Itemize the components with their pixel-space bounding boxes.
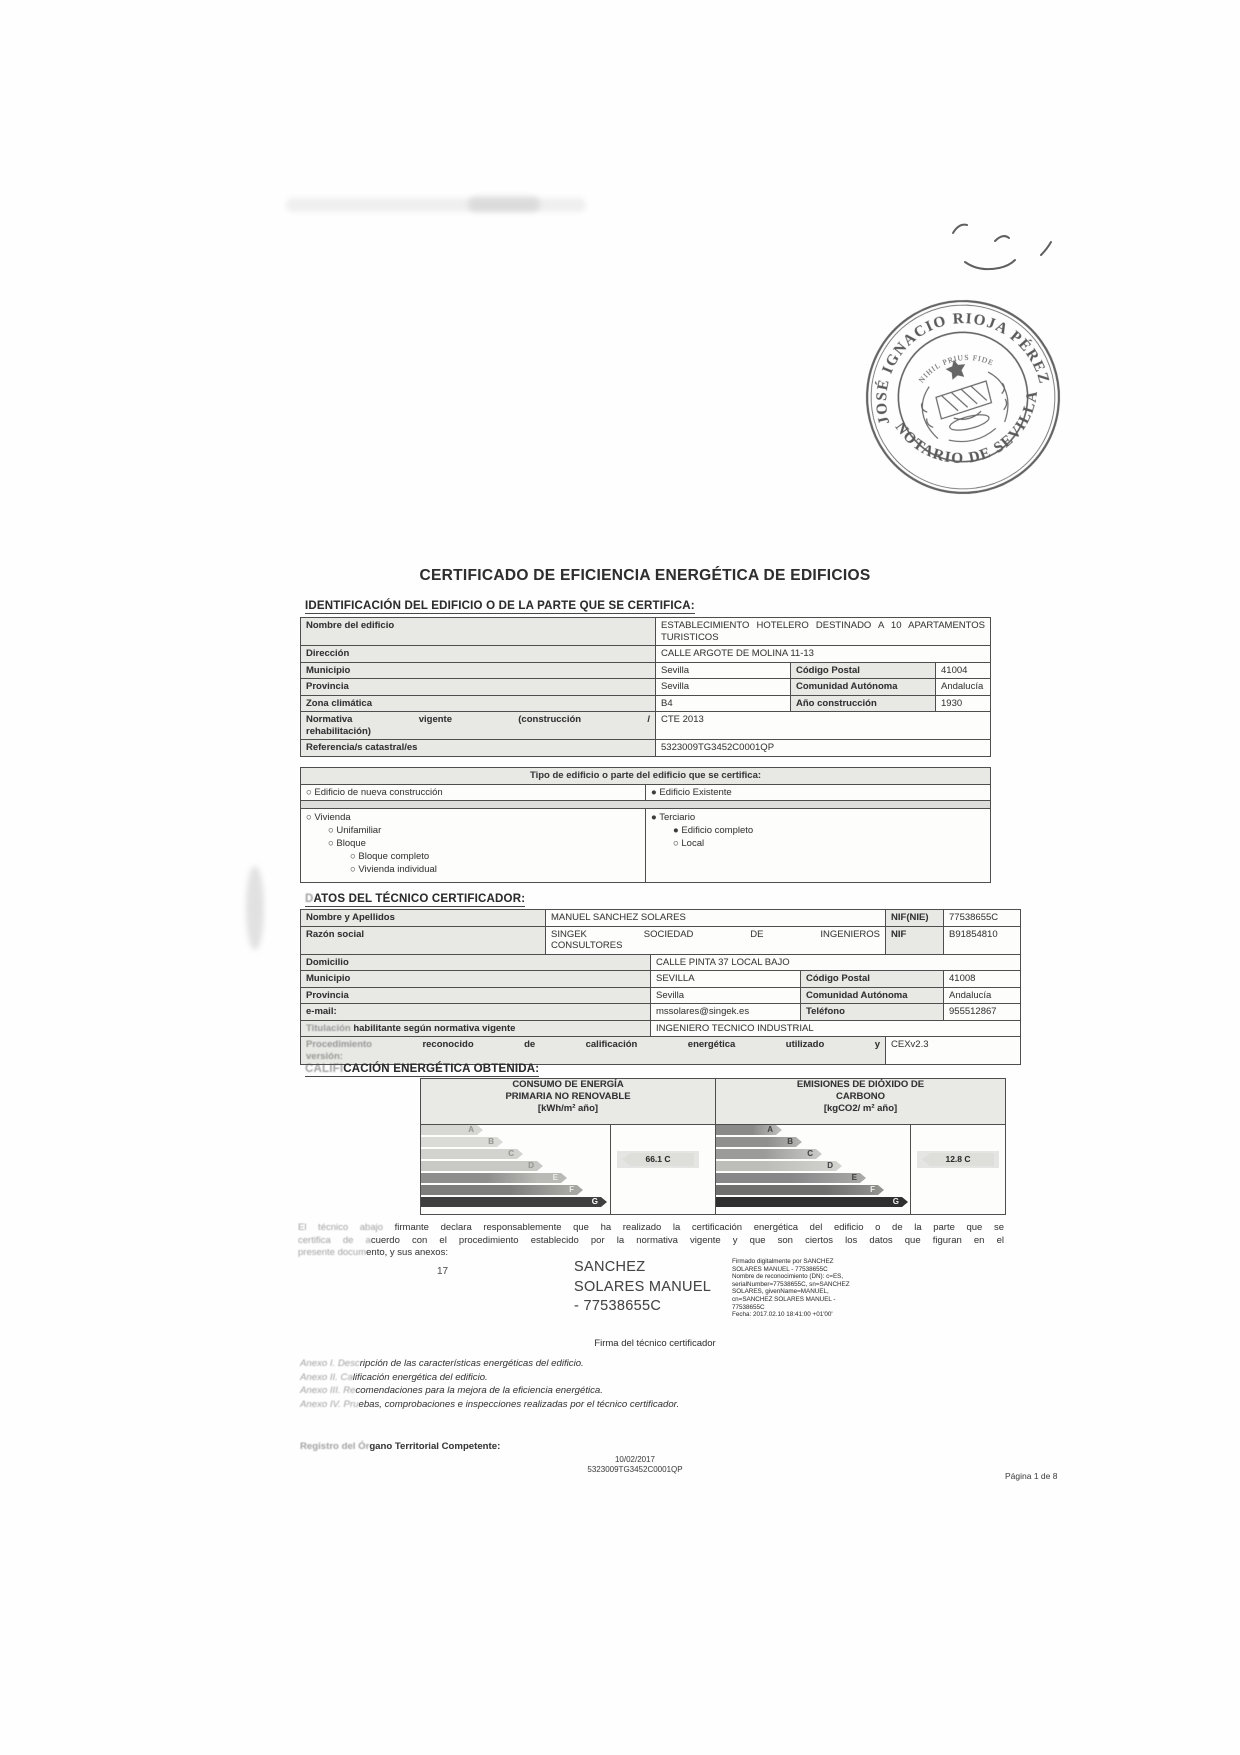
consumo-rating-marker: 66.1 C [622, 1153, 694, 1166]
registro-text: gano Territorial Competente: [369, 1441, 500, 1452]
consumo-title-line: PRIMARIA NO RENOVABLE [421, 1091, 715, 1103]
declaration-line: presente documento, y sus anexos: [298, 1247, 448, 1258]
page-number: Página 1 de 8 [1005, 1471, 1057, 1481]
option-terciario: ● Terciario [651, 811, 985, 824]
municipio-value: Sevilla [656, 662, 791, 679]
rating-bar-g: G [421, 1197, 607, 1207]
nif-nie-label: NIF(NIE) [886, 910, 944, 927]
rating-bar-f: F [716, 1185, 884, 1195]
notary-crest-icon [912, 349, 1015, 450]
option-bloque-completo: ○ Bloque completo [306, 850, 640, 863]
ano-construccion-label: Año construcción [791, 695, 936, 712]
option-bloque: ○ Bloque [306, 837, 640, 850]
signature-detail-line: Fecha: 2017.02.10 18:41:00 +01'00' [732, 1311, 872, 1319]
nif-nie-value: 77538655C [944, 910, 1021, 927]
option-unifamiliar: ○ Unifamiliar [306, 824, 640, 837]
rating-letter: G [893, 1197, 899, 1207]
label-line: Normativa vigente (construcción / [306, 714, 650, 726]
signature-detail-line: SOLARES, givenName=MANUEL, [732, 1288, 872, 1296]
heading-text: CACIÓN ENERGÉTICA OBTENIDA: [343, 1063, 539, 1075]
pen-marks [935, 215, 1065, 275]
municipio-label: Municipio [301, 971, 651, 988]
rating-letter: E [852, 1173, 857, 1183]
rating-letter: C [807, 1149, 813, 1159]
consumo-title-line: CONSUMO DE ENERGÍA [421, 1079, 715, 1091]
option-vivienda: ○ Vivienda [306, 811, 640, 824]
annex-item: Anexo I. Descripción de las característi… [300, 1357, 1000, 1371]
direccion-value: CALLE ARGOTE DE MOLINA 11-13 [656, 646, 991, 663]
emisiones-rating-marker: 12.8 C [922, 1153, 994, 1166]
emisiones-rating-scale: A B C D E F G [716, 1125, 911, 1215]
nombre-edificio-label: Nombre del edificio [301, 618, 656, 646]
terciario-options: ● Terciario ● Edificio completo ○ Local [646, 809, 991, 883]
digital-signature-name: SANCHEZ SOLARES MANUEL - 77538655C [574, 1258, 730, 1317]
email-label: e-mail: [301, 1004, 651, 1021]
faded-text: El técnico abajo [298, 1222, 395, 1233]
value-line: TURISTICOS [661, 632, 719, 643]
municipio-value: SEVILLA [651, 971, 801, 988]
provincia-label: Provincia [301, 987, 651, 1004]
signature-detail-line: cn=SANCHEZ SOLARES MANUEL - [732, 1296, 872, 1304]
signature-line: SANCHEZ [574, 1258, 730, 1278]
titulacion-label: Titulación habilitante según normativa v… [301, 1020, 651, 1037]
option-edificio-completo: ● Edificio completo [651, 824, 985, 837]
codigo-postal-label: Código Postal [801, 971, 944, 988]
direccion-label: Dirección [301, 646, 656, 663]
nif-label: NIF [886, 926, 944, 954]
faded-text: Procedimiento [306, 1039, 372, 1050]
annex-text: comendaciones para la mejora de la efici… [355, 1385, 602, 1396]
building-type-table: Tipo de edificio o parte del edificio qu… [300, 767, 991, 883]
annex-list: Anexo I. Descripción de las característi… [300, 1357, 1000, 1411]
nif-value: B91854810 [944, 926, 1021, 954]
ano-construccion-value: 1930 [936, 695, 991, 712]
rating-letter: E [553, 1173, 558, 1183]
consumo-marker-wrap: 66.1 C [617, 1151, 699, 1168]
rating-bar-b: B [716, 1137, 802, 1147]
domicilio-label: Domicilio [301, 954, 651, 971]
label-line: Procedimiento reconocido de calificación… [306, 1039, 880, 1051]
razon-social-value: SINGEK SOCIEDAD DE INGENIEROSCONSULTORES [546, 926, 886, 954]
declaration-paragraph: El técnico abajo firmante declara respon… [298, 1222, 1004, 1260]
rating-bar-f: F [421, 1185, 583, 1195]
registro-line: Registro del Órgano Territorial Competen… [300, 1441, 500, 1452]
faded-text: presente docum [298, 1247, 366, 1258]
annex-item: Anexo IV. Pruebas, comprobaciones e insp… [300, 1398, 1000, 1412]
value-line: SINGEK SOCIEDAD DE INGENIEROS [551, 929, 880, 941]
rating-bar-a: A [421, 1125, 483, 1135]
faded-text: CALIFI [305, 1063, 343, 1075]
emisiones-title-line: CARBONO [716, 1091, 1005, 1103]
comunidad-autonoma-label: Comunidad Autónoma [791, 679, 936, 696]
option-edificio-existente: ● Edificio Existente [646, 784, 991, 801]
declaration-text: firmante declara responsablemente que ha… [395, 1222, 1004, 1233]
heading-text: ATOS DEL TÉCNICO CERTIFICADOR: [314, 893, 526, 905]
handwritten-mark: 17 [437, 1266, 448, 1277]
scan-smudge [286, 198, 586, 212]
consumo-units: [kWh/m² año] [421, 1103, 715, 1115]
municipio-label: Municipio [301, 662, 656, 679]
annex-text: ebas, comprobaciones e inspecciones real… [358, 1399, 679, 1410]
footer-date: 10/02/2017 [420, 1455, 850, 1465]
rating-bar-d: D [421, 1161, 543, 1171]
rating-heading: CALIFICACIÓN ENERGÉTICA OBTENIDA: [305, 1063, 539, 1077]
label-line: rehabilitación) [306, 726, 371, 737]
rating-bar-e: E [421, 1173, 567, 1183]
rating-bar-d: D [716, 1161, 842, 1171]
rating-letter: C [508, 1149, 514, 1159]
normativa-value: CTE 2013 [656, 712, 991, 740]
building-type-header: Tipo de edificio o parte del edificio qu… [301, 768, 991, 785]
comunidad-autonoma-value: Andalucía [936, 679, 991, 696]
label-text: reconocido de calificación energética ut… [372, 1039, 880, 1050]
consumo-header: CONSUMO DE ENERGÍA PRIMARIA NO RENOVABLE… [421, 1079, 716, 1125]
value-line: ESTABLECIMIENTO HOTELERO DESTINADO A 10 … [661, 620, 985, 632]
rating-letter: D [827, 1161, 833, 1171]
vivienda-options: ○ Vivienda ○ Unifamiliar ○ Bloque ○ Bloq… [301, 809, 646, 883]
faded-text: certifica de a [298, 1235, 371, 1246]
faded-text: Anexo IV. Pru [300, 1399, 358, 1410]
titulacion-value: INGENIERO TECNICO INDUSTRIAL [651, 1020, 1021, 1037]
annex-text: ripción de las características energétic… [360, 1358, 584, 1369]
declaration-line: certifica de acuerdo con el procedimient… [298, 1235, 1004, 1248]
consumo-rating-scale: A B C D E F G [421, 1125, 611, 1215]
rating-letter: F [870, 1185, 875, 1195]
consumo-marker-cell: 66.1 C [611, 1125, 716, 1215]
faded-text: Registro del Ór [300, 1441, 369, 1452]
annex-item: Anexo III. Recomendaciones para la mejor… [300, 1384, 1000, 1398]
scan-smudge [246, 866, 264, 950]
rating-letter: A [767, 1125, 773, 1135]
notary-seal: JOSÉ IGNACIO RIOJA PÉREZ · NOTARIO DE SE… [841, 275, 1086, 520]
technician-table: Nombre y Apellidos MANUEL SANCHEZ SOLARE… [300, 909, 1021, 1065]
signature-caption: Firma del técnico certificador [520, 1338, 790, 1349]
rating-bar-e: E [716, 1173, 866, 1183]
value-line: CONSULTORES [551, 940, 622, 951]
email-value: mssolares@singek.es [651, 1004, 801, 1021]
emisiones-title-line: EMISIONES DE DIÓXIDO DE [716, 1079, 1005, 1091]
rating-bar-b: B [421, 1137, 503, 1147]
rating-bar-a: A [716, 1125, 782, 1135]
zona-climatica-value: B4 [656, 695, 791, 712]
separator-row [301, 801, 991, 809]
rating-bar-c: C [716, 1149, 822, 1159]
digital-signature-details: Firmado digitalmente por SANCHEZ SOLARES… [732, 1258, 872, 1319]
footer-reference: 10/02/2017 5323009TG3452C0001QP [420, 1455, 850, 1475]
rating-letter: G [592, 1197, 598, 1207]
nombre-apellidos-label: Nombre y Apellidos [301, 910, 546, 927]
rating-letter: F [569, 1185, 574, 1195]
rating-letter: B [787, 1137, 793, 1147]
identification-table: Nombre del edificio ESTABLECIMIENTO HOTE… [300, 617, 991, 757]
emisiones-units: [kgCO2/ m² año] [716, 1103, 1005, 1115]
nombre-apellidos-value: MANUEL SANCHEZ SOLARES [546, 910, 886, 927]
annex-text: lificación energética del edificio. [353, 1372, 488, 1383]
referencia-catastral-value: 5323009TG3452C0001QP [656, 740, 991, 757]
rating-bar-c: C [421, 1149, 523, 1159]
option-local: ○ Local [651, 837, 985, 850]
domicilio-value: CALLE PINTA 37 LOCAL BAJO [651, 954, 1021, 971]
comunidad-autonoma-value: Andalucía [944, 987, 1021, 1004]
declaration-text: ento, y sus anexos: [366, 1247, 448, 1258]
codigo-postal-value: 41008 [944, 971, 1021, 988]
procedimiento-value: CEXv2.3 [886, 1037, 1021, 1065]
rating-letter: B [488, 1137, 494, 1147]
codigo-postal-label: Código Postal [791, 662, 936, 679]
razon-social-label: Razón social [301, 926, 546, 954]
rating-bar-g: G [716, 1197, 908, 1207]
faded-text: versión: [306, 1051, 343, 1062]
provincia-value: Sevilla [651, 987, 801, 1004]
zona-climatica-label: Zona climática [301, 695, 656, 712]
emisiones-marker-wrap: 12.8 C [917, 1151, 999, 1168]
signature-detail-line: Nombre de reconocimiento (DN): c=ES, [732, 1273, 872, 1281]
label-text: habilitante según normativa vigente [353, 1023, 515, 1034]
provincia-value: Sevilla [656, 679, 791, 696]
footer-catastral-ref: 5323009TG3452C0001QP [420, 1465, 850, 1475]
telefono-label: Teléfono [801, 1004, 944, 1021]
rating-letter: D [528, 1161, 534, 1171]
annex-item: Anexo II. Calificación energética del ed… [300, 1371, 1000, 1385]
faded-text: D [305, 893, 314, 905]
rating-charts-table: CONSUMO DE ENERGÍA PRIMARIA NO RENOVABLE… [420, 1078, 1006, 1215]
signature-line: SOLARES MANUEL [574, 1278, 730, 1298]
codigo-postal-value: 41004 [936, 662, 991, 679]
provincia-label: Provincia [301, 679, 656, 696]
scanned-certificate-page: JOSÉ IGNACIO RIOJA PÉREZ · NOTARIO DE SE… [0, 0, 1240, 1755]
technician-heading: DATOS DEL TÉCNICO CERTIFICADOR: [305, 893, 525, 907]
rating-letter: A [468, 1125, 474, 1135]
option-vivienda-individual: ○ Vivienda individual [306, 863, 640, 876]
emisiones-header: EMISIONES DE DIÓXIDO DE CARBONO [kgCO2/ … [716, 1079, 1006, 1125]
telefono-value: 955512867 [944, 1004, 1021, 1021]
scan-smudge [468, 196, 540, 212]
normativa-label: Normativa vigente (construcción /rehabil… [301, 712, 656, 740]
comunidad-autonoma-label: Comunidad Autónoma [801, 987, 944, 1004]
emisiones-marker-cell: 12.8 C [911, 1125, 1006, 1215]
faded-text: Anexo III. Re [300, 1385, 355, 1396]
referencia-catastral-label: Referencia/s catastral/es [301, 740, 656, 757]
signature-line: - 77538655C [574, 1297, 730, 1317]
document-title: CERTIFICADO DE EFICIENCIA ENERGÉTICA DE … [300, 567, 990, 585]
procedimiento-label: Procedimiento reconocido de calificación… [301, 1037, 886, 1065]
declaration-line: El técnico abajo firmante declara respon… [298, 1222, 1004, 1235]
identification-heading: IDENTIFICACIÓN DEL EDIFICIO O DE LA PART… [305, 600, 695, 614]
faded-text: Anexo I. Desc [300, 1358, 360, 1369]
faded-text: Anexo II. Ca [300, 1372, 353, 1383]
declaration-text: cuerdo con el procedimiento establecido … [371, 1235, 1004, 1246]
option-nueva-construccion: ○ Edificio de nueva construcción [301, 784, 646, 801]
faded-text: Titulación [306, 1023, 353, 1034]
nombre-edificio-value: ESTABLECIMIENTO HOTELERO DESTINADO A 10 … [656, 618, 991, 646]
signature-detail-line: Firmado digitalmente por SANCHEZ [732, 1258, 872, 1266]
